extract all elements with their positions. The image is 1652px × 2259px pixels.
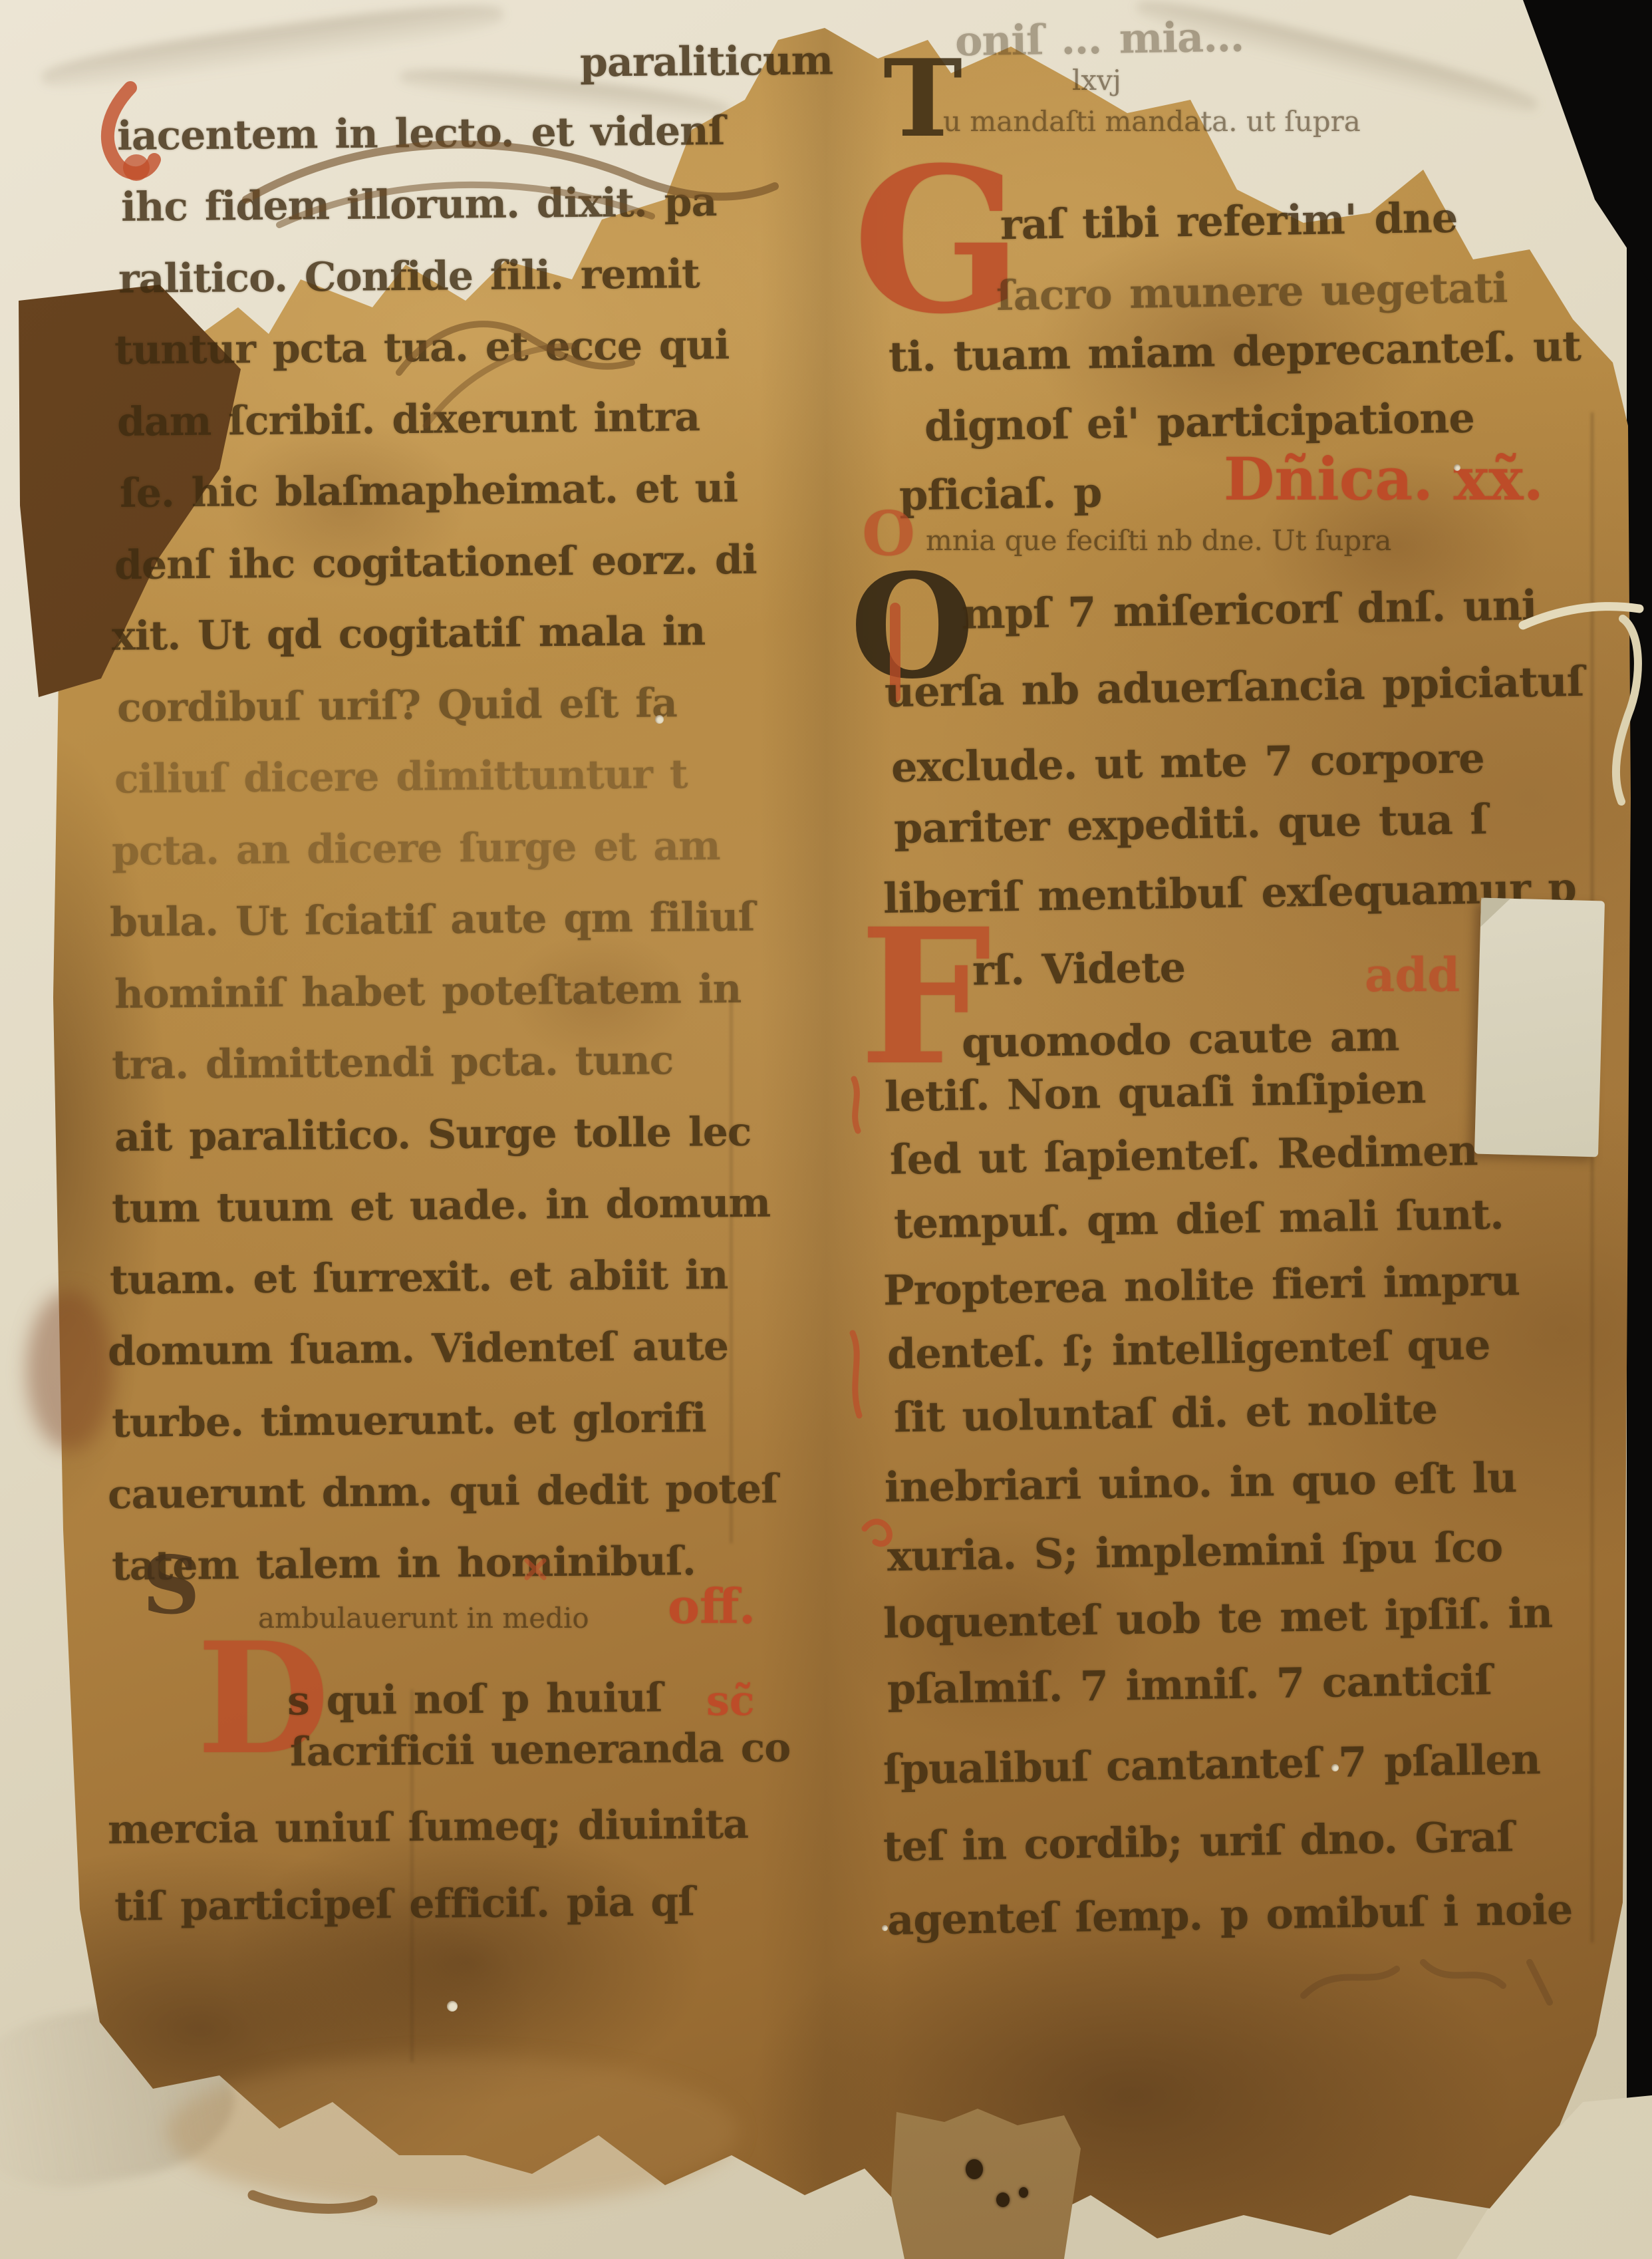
worm-hole (966, 2159, 983, 2179)
pen-scribble (399, 324, 632, 373)
red-margin-mark (853, 1333, 859, 1416)
worm-hole (1019, 2187, 1028, 2198)
bottom-ink-curl (253, 2195, 372, 2208)
worm-hole (996, 2192, 1010, 2207)
worm-hole (882, 1925, 888, 1931)
ghost-inscription (1304, 1962, 1550, 2002)
worm-hole (447, 2001, 458, 2012)
manuscript-photo: paraliticum iacentem in lecto. et videnſ… (0, 0, 1652, 2259)
ink-marks-overlay (0, 0, 1652, 2259)
red-cross-mark (527, 1561, 544, 1578)
red-margin-mark (854, 1079, 858, 1131)
worm-hole (1331, 1764, 1339, 1771)
red-flourish (865, 1522, 889, 1544)
worm-hole (655, 715, 664, 724)
pen-scribble (279, 185, 652, 225)
worm-hole (1454, 464, 1460, 471)
binding-thread (1616, 619, 1638, 802)
pen-scribble (426, 346, 572, 426)
paper-patch (1474, 898, 1605, 1157)
pen-scribble (246, 144, 775, 200)
red-initial-fragment (123, 154, 150, 181)
patch-folded-corner (1480, 898, 1510, 928)
